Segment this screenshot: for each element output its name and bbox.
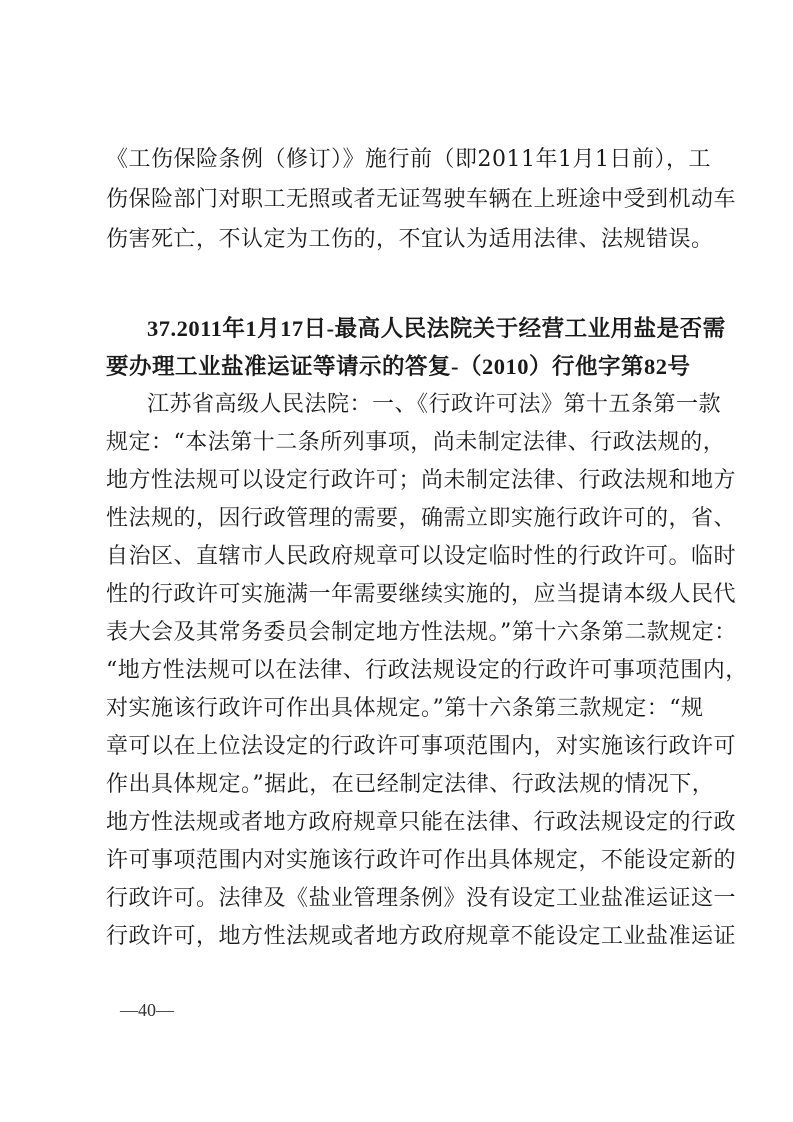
body-line: 规定：“本法第十二条所列事项，尚未制定法律、行政法规的， [106,429,696,457]
body-line: 对实施该行政许可作出具体规定。”第十六条第三款规定：“规 [106,695,696,723]
body-line: 江苏省高级人民法院：一、《行政许可法》第十五条第一款 [147,391,696,419]
intro-line: 伤保险部门对职工无照或者无证驾驶车辆在上班途中受到机动车 [106,186,696,214]
section-heading: 37.2011年1月17日-最高人民法院关于经营工业用盐是否需 [147,315,696,343]
body-line: 地方性法规可以设定行政许可；尚未制定法律、行政法规和地方 [106,467,696,495]
body-line: 行政许可。法律及《盐业管理条例》没有设定工业盐准运证这一 [106,885,696,913]
body-line: 表大会及其常务委员会制定地方性法规。”第十六条第二款规定： [106,619,696,647]
body-line: 作出具体规定。”据此，在已经制定法律、行政法规的情况下， [106,771,696,799]
intro-line: 伤害死亡，不认定为工伤的，不宜认为适用法律、法规错误。 [106,226,696,254]
page-number: —40— [120,1000,174,1021]
body-line: 章可以在上位法设定的行政许可事项范围内，对实施该行政许可 [106,733,696,761]
body-line: 许可事项范围内对实施该行政许可作出具体规定，不能设定新的 [106,847,696,875]
body-line: “地方性法规可以在法律、行政法规设定的行政许可事项范围内， [106,657,696,685]
body-line: 自治区、直辖市人民政府规章可以设定临时性的行政许可。临时 [106,543,696,571]
body-line: 地方性法规或者地方政府规章只能在法律、行政法规设定的行政 [106,809,696,837]
section-heading: 要办理工业盐准运证等请示的答复-（2010）行他字第82号 [106,353,696,381]
body-line: 行政许可，地方性法规或者地方政府规章不能设定工业盐准运证 [106,923,696,951]
body-line: 性法规的，因行政管理的需要，确需立即实施行政许可的，省、 [106,505,696,533]
intro-line: 《工伤保险条例（修订）》施行前（即2011年1月1日前），工 [106,146,696,174]
body-line: 性的行政许可实施满一年需要继续实施的，应当提请本级人民代 [106,581,696,609]
